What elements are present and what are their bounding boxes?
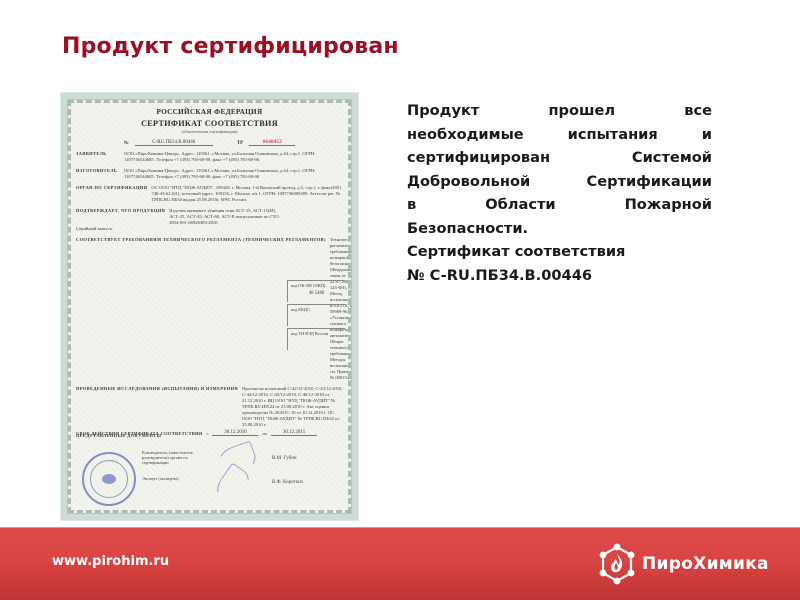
desc-line: Добровольной Сертификации [407,170,712,194]
desc-word: сертифицирован [407,146,550,170]
desc-word: прошел [548,99,615,123]
desc-word: Добровольной [407,170,530,194]
certificate-serial: 0648452 [249,139,295,146]
desc-word: и [702,123,712,147]
code-box: код ЕКПС [287,304,345,326]
code-value: 48 5480 [291,291,342,296]
code-box: код ТН ВЭД России [287,328,345,350]
certificate-subtitle: (обязательная сертификация) [76,129,343,134]
desc-word: Продукт [407,99,479,123]
certification-body-row: ОРГАН ПО СЕРТИФИКАЦИИ ОС ООО "НТЦ "ПОЖ-А… [76,185,343,203]
desc-line: Безопасности. [407,217,712,241]
manufacturer-value: ООО «ПироХимика-Центр». Адрес: 119361, г… [124,168,343,180]
number-sign: № [124,141,129,146]
certification-description: Продукт прошел все необходимые испытания… [407,99,712,287]
certificate-label: Сертификат соответствия [407,240,712,264]
manufacturer-label: ИЗГОТОВИТЕЛЬ [76,168,120,180]
desc-line: сертифицирован Системой [407,146,712,170]
logo-text: ПироХимика [642,554,769,574]
applicant-row: ЗАЯВИТЕЛЬ ООО «ПироХимика-Центр». Адрес:… [76,151,343,163]
footer-bar: www.pirohim.ru ПироХимика [0,527,800,600]
certification-body-value: ОС ООО "НТЦ "ПОЖ-АУДИТ", 109428, г. Моск… [151,185,343,203]
validity-to-prefix: по [262,431,267,436]
certificate-number: № C-RU.ПБ34.В.00446 [407,264,712,288]
expert-label: Эксперт (эксперты) [142,476,178,481]
certificate-title: СЕРТИФИКАТ СООТВЕТСТВИЯ [76,119,343,128]
validity-from-prefix: с [206,431,208,436]
confirms-row: ПОДТВЕРЖДАЕТ, ЧТО ПРОДУКЦИЯ Изделия акти… [76,208,281,226]
tests-label: ПРОВЕДЕННЫЕ ИССЛЕДОВАНИЯ (ИСПЫТАНИЯ) И И… [76,386,238,428]
validity-to: 30.12.2015 [271,430,317,436]
classification-codes: код ОК 005 (ОКП) 48 5480 код ЕКПС код ТН… [287,280,345,352]
company-logo: ПироХимика [597,542,769,586]
complies-row: СООТВЕТСТВУЕТ ТРЕБОВАНИЯМ ТЕХНИЧЕСКОГО Р… [76,237,281,381]
desc-line: необходимые испытания и [407,123,712,147]
code-label: код ТН ВЭД России [291,331,342,336]
desc-word: в [407,193,416,217]
validity-row: СРОК ДЕЙСТВИЯ СЕРТИФИКАТА СООТВЕТСТВИЯ с… [76,430,343,436]
confirms-value: Изделия активного тушения огня АСТ-15, А… [169,208,281,226]
desc-word: Пожарной [625,193,712,217]
desc-word: все [684,99,712,123]
slide-title: Продукт сертифицирован [62,34,399,59]
tp-label: ТР [237,141,243,146]
desc-word: Области [485,193,555,217]
applicant-value: ООО «ПироХимика-Центр». Адрес: 119361, г… [124,151,343,163]
certificate-number-row: № C-RU.ПБ34.В.00446 ТР 0648452 [76,139,343,146]
certificate-country: РОССИЙСКАЯ ФЕДЕРАЦИЯ [76,108,343,116]
manufacturer-row: ИЗГОТОВИТЕЛЬ ООО «ПироХимика-Центр». Адр… [76,168,343,180]
code-box: код ОК 005 (ОКП) 48 5480 [287,280,345,302]
certification-body-label: ОРГАН ПО СЕРТИФИКАЦИИ [76,185,147,203]
serial-release: Серийный выпуск. [76,226,343,232]
certificate-body: РОССИЙСКАЯ ФЕДЕРАЦИЯ СЕРТИФИКАТ СООТВЕТС… [67,99,352,514]
certificate-image: РОССИЙСКАЯ ФЕДЕРАЦИЯ СЕРТИФИКАТ СООТВЕТС… [61,93,358,520]
certificate-number: C-RU.ПБ34.В.00446 [135,140,213,146]
expert-name: В.Ф. Коротких [272,480,303,485]
desc-word: испытания [568,123,658,147]
validity-from: 30.12.2010 [212,430,258,436]
website-link[interactable]: www.pirohim.ru [52,554,169,569]
validity-label: СРОК ДЕЙСТВИЯ СЕРТИФИКАТА СООТВЕТСТВИЯ [76,431,202,436]
confirms-label: ПОДТВЕРЖДАЕТ, ЧТО ПРОДУКЦИЯ [76,208,165,226]
code-label: код ЕКПС [291,307,342,312]
stamp-seal-icon [82,452,136,506]
head-label: Руководитель (заместитель руководителя) … [142,450,206,465]
desc-line: в Области Пожарной [407,193,712,217]
head-name: В.М. Губин [272,456,297,461]
tests-value: Протоколы испытаний С-42/12-2010, С-43/1… [242,386,343,428]
desc-line: Продукт прошел все [407,99,712,123]
tests-row: ПРОВЕДЕННЫЕ ИССЛЕДОВАНИЯ (ИСПЫТАНИЯ) И И… [76,386,343,428]
molecule-flame-icon [597,542,637,586]
code-label: код ОК 005 (ОКП) [291,283,342,288]
applicant-label: ЗАЯВИТЕЛЬ [76,151,120,163]
desc-word: необходимые [407,123,524,147]
desc-word: Системой [632,146,712,170]
desc-word: Сертификации [587,170,712,194]
